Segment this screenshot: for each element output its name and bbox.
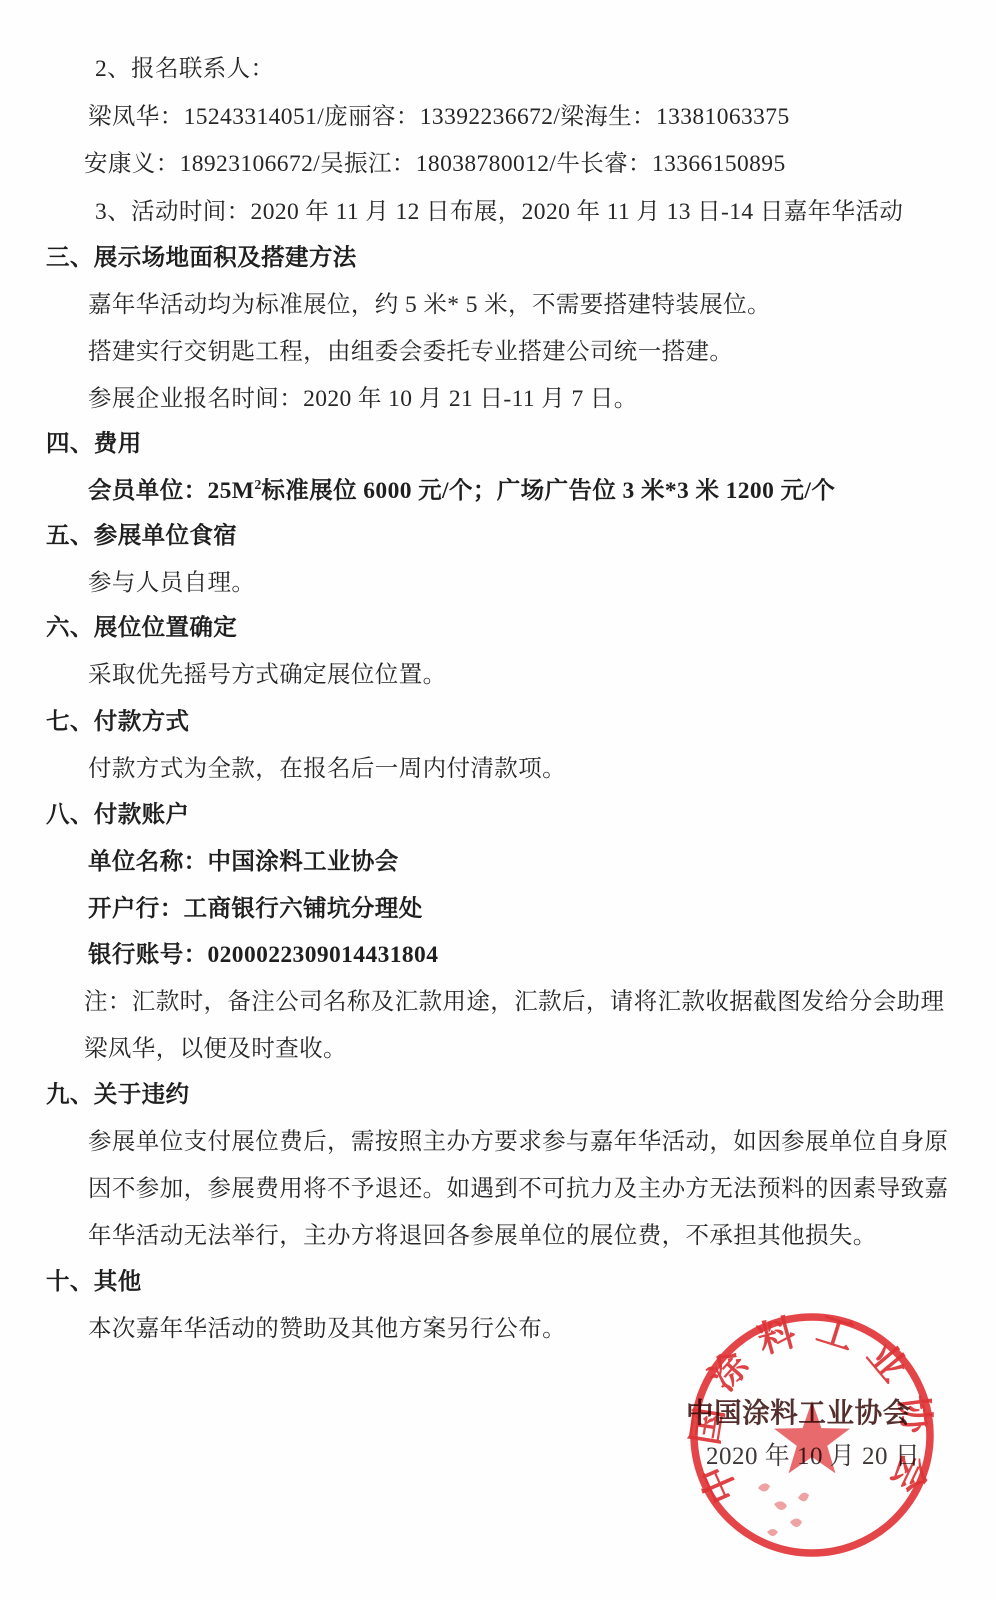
paragraph-other: 本次嘉年华活动的赞助及其他方案另行公布。 <box>88 1315 566 1343</box>
section-heading-8: 八、付款账户 <box>46 801 189 829</box>
breach-paragraph-line-1: 参展单位支付展位费后，需按照主办方要求参与嘉年华活动，如因参展单位自身原 <box>88 1128 948 1156</box>
list-item-schedule: 3、活动时间：2020 年 11 月 12 日布展，2020 年 11 月 13… <box>95 198 903 226</box>
official-seal: 中国涂料工业协会 中国涂料工业协会 2020 年 10 月 20 日 <box>640 1276 990 1600</box>
account-number: 银行账号：0200022309014431804 <box>88 941 438 969</box>
section-heading-5: 五、参展单位食宿 <box>46 522 237 550</box>
contact-line-1: 梁凤华：15243314051/庞丽容：13392236672/梁海生：1338… <box>88 103 790 131</box>
breach-paragraph-line-3: 年华活动无法举行，主办方将退回各参展单位的展位费，不承担其他损失。 <box>88 1222 877 1250</box>
remittance-note-line-2: 梁凤华，以便及时查收。 <box>84 1035 347 1063</box>
section-heading-3: 三、展示场地面积及搭建方法 <box>46 244 357 272</box>
section-heading-4: 四、费用 <box>46 430 142 458</box>
seal-ink-smudges <box>758 1483 809 1536</box>
section-heading-7: 七、付款方式 <box>46 708 189 736</box>
list-item-contacts-heading: 2、报名联系人： <box>95 55 274 83</box>
section-heading-10: 十、其他 <box>46 1268 142 1296</box>
paragraph-payment-terms: 付款方式为全款，在报名后一周内付清款项。 <box>88 755 566 783</box>
paragraph-lodging: 参与人员自理。 <box>88 569 255 597</box>
paragraph-signup-time: 参展企业报名时间：2020 年 10 月 21 日-11 月 7 日。 <box>88 385 638 413</box>
paragraph-booth-size: 嘉年华活动均为标准展位，约 5 米* 5 米，不需要搭建特装展位。 <box>88 291 771 319</box>
breach-paragraph-line-2: 因不参加，参展费用将不予退还。如遇到不可抗力及主办方无法预料的因素导致嘉 <box>88 1175 948 1203</box>
seal-signature: 中国涂料工业协会 <box>686 1390 986 1430</box>
account-bank: 开户行：工商银行六铺坑分理处 <box>88 895 423 923</box>
fee-text-pre: 会员单位：25M <box>88 478 254 504</box>
section-heading-6: 六、展位位置确定 <box>46 614 237 642</box>
paragraph-turnkey: 搭建实行交钥匙工程，由组委会委托专业搭建公司统一搭建。 <box>88 338 733 366</box>
remittance-note-line-1: 注：汇款时，备注公司名称及汇款用途，汇款后，请将汇款收据截图发给分会助理 <box>84 988 944 1016</box>
account-name: 单位名称：中国涂料工业协会 <box>88 848 399 876</box>
fee-text-post: 标准展位 6000 元/个；广场广告位 3 米*3 米 1200 元/个 <box>261 478 835 504</box>
contact-line-2: 安康义：18923106672/吴振江：18038780012/牛长睿：1336… <box>84 150 786 178</box>
paragraph-booth-lottery: 采取优先摇号方式确定展位位置。 <box>88 661 447 689</box>
seal-date: 2020 年 10 月 20 日 <box>706 1436 986 1472</box>
scanned-document-page: 2、报名联系人： 梁凤华：15243314051/庞丽容：13392236672… <box>0 0 996 1600</box>
paragraph-fees: 会员单位：25M2标准展位 6000 元/个；广场广告位 3 米*3 米 120… <box>88 477 835 509</box>
fee-superscript: 2 <box>254 478 261 493</box>
section-heading-9: 九、关于违约 <box>46 1081 189 1109</box>
